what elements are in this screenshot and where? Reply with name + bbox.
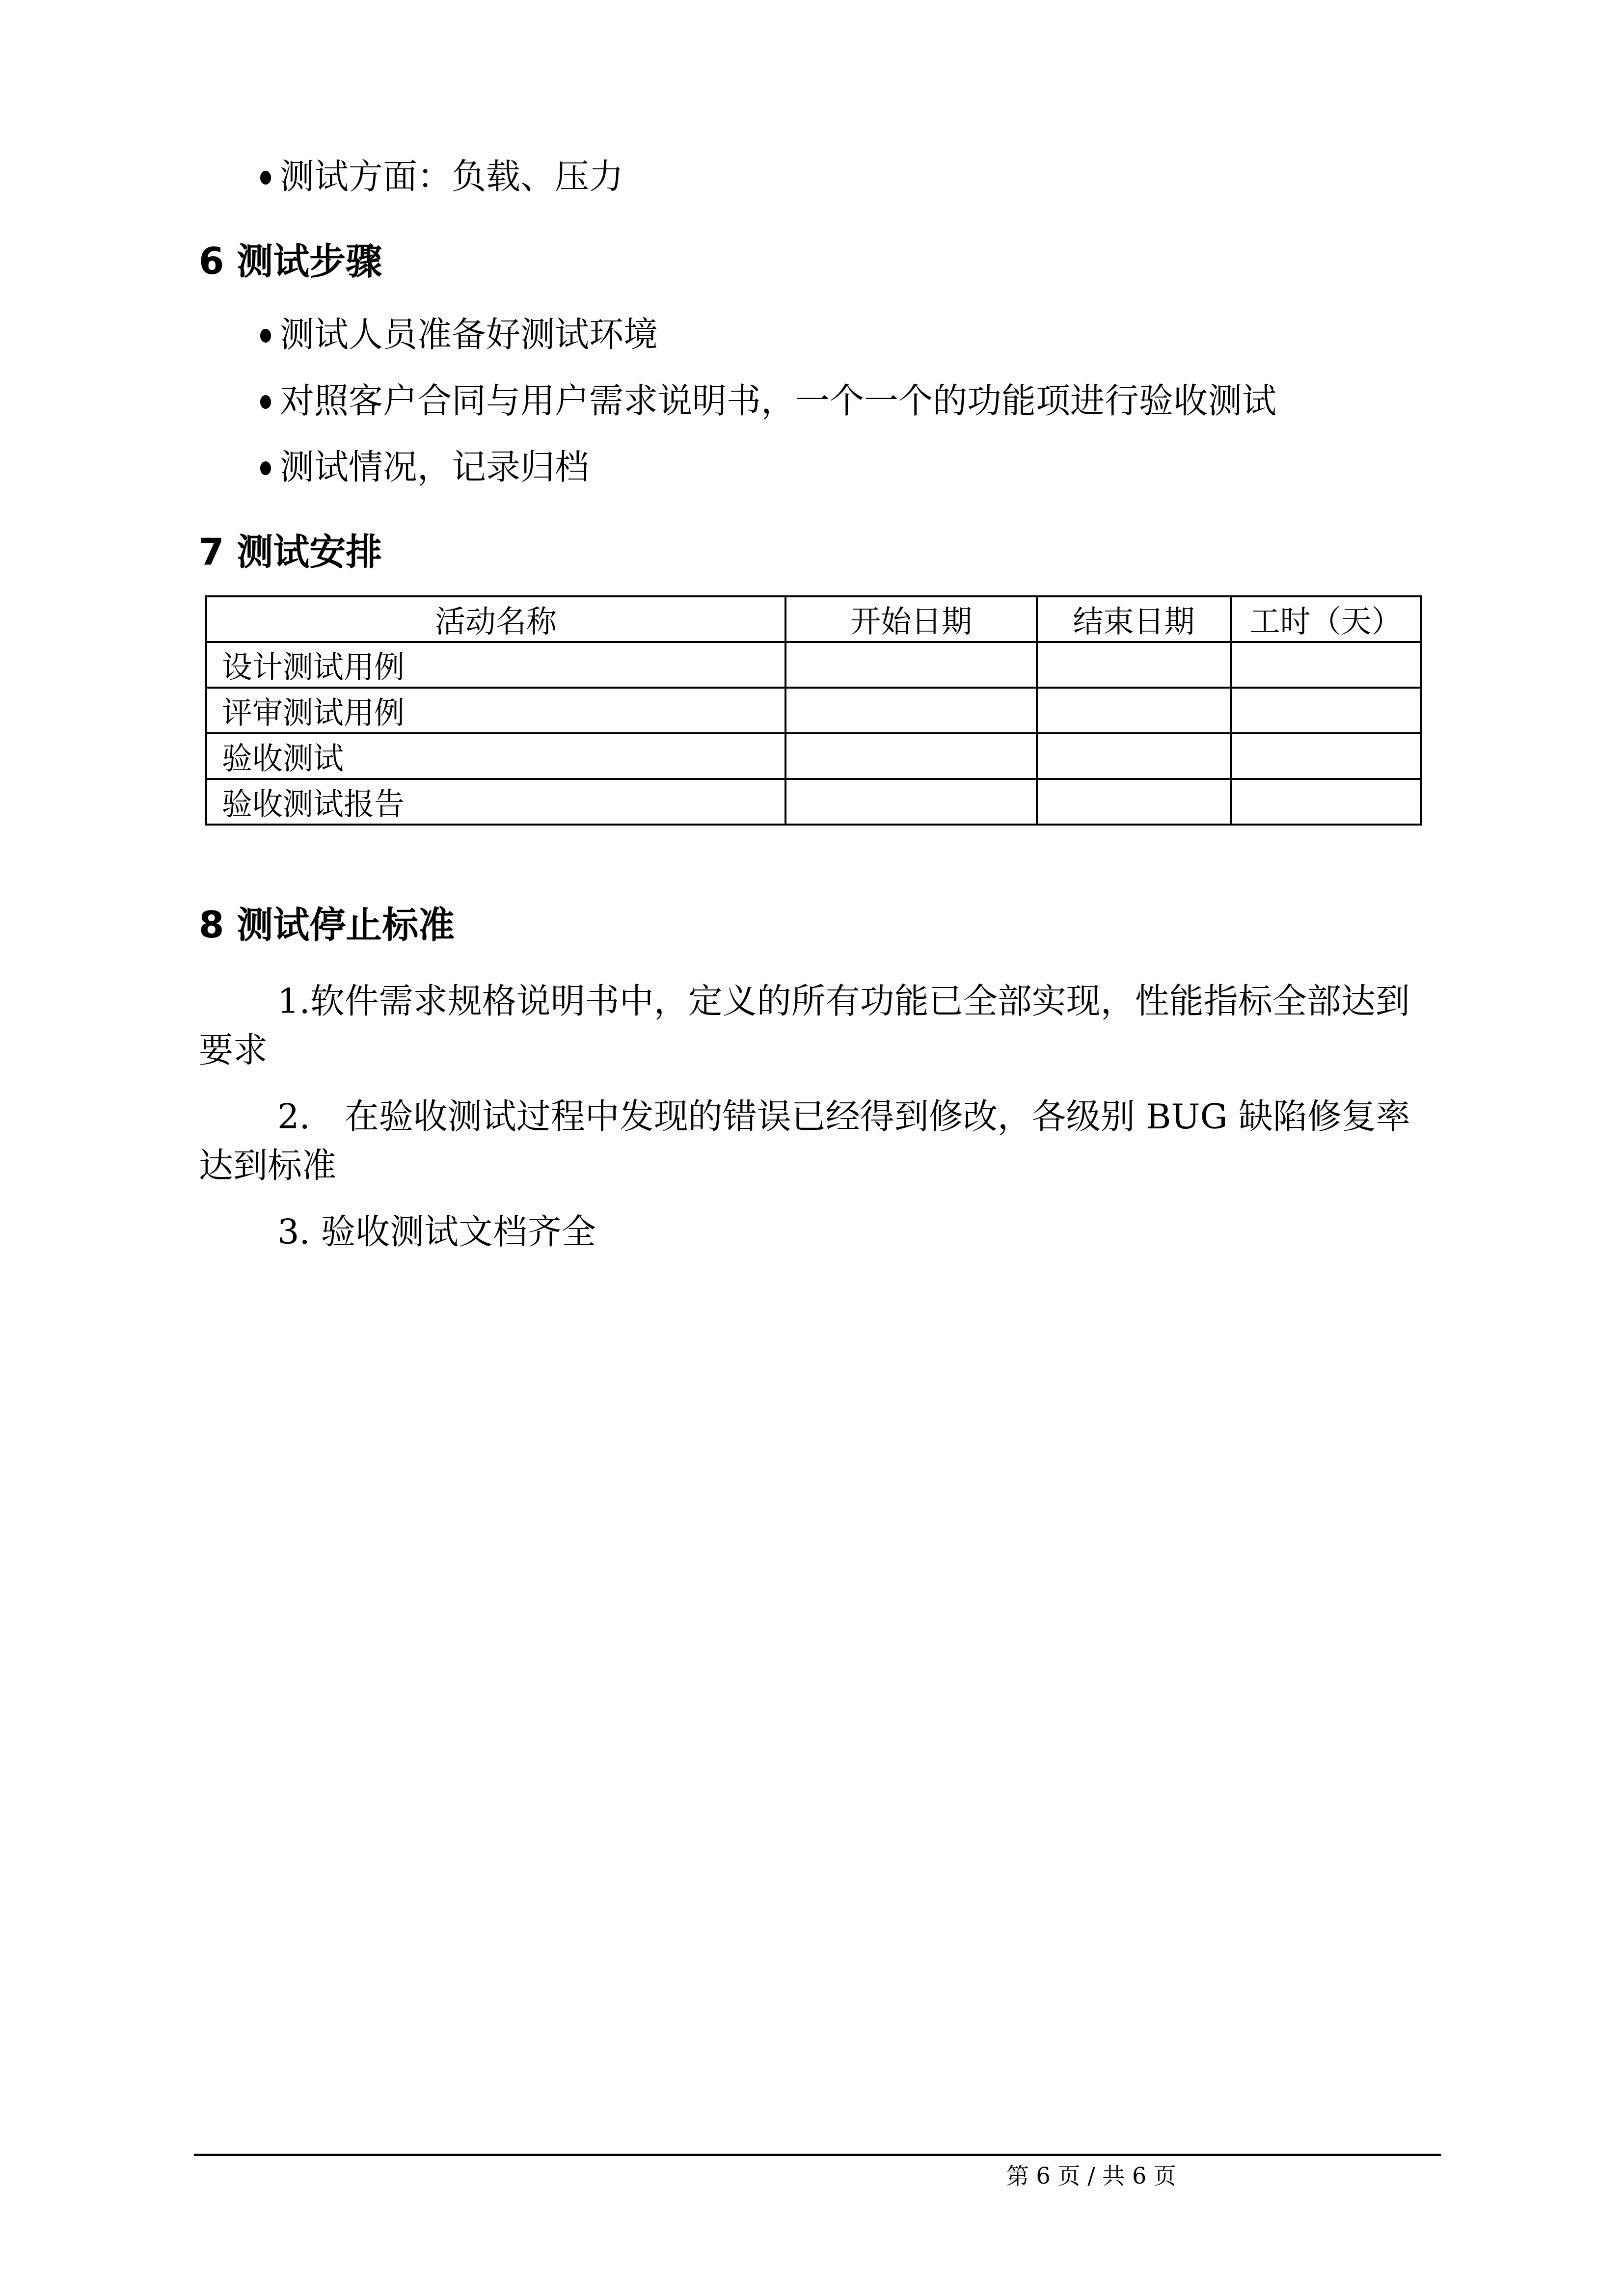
table-row: 验收测试 bbox=[206, 733, 1421, 779]
schedule-table: 活动名称 开始日期 结束日期 工时（天） 设计测试用例 评审测试用例 验收测试 … bbox=[205, 595, 1422, 826]
bullet-item: 对照客户合同与用户需求说明书，一个一个的功能项进行验收测试 bbox=[280, 380, 1276, 422]
bullet-dot-icon bbox=[260, 395, 271, 409]
table-row: 评审测试用例 bbox=[206, 688, 1421, 733]
cell-activity: 验收测试 bbox=[206, 733, 785, 779]
cell-activity: 设计测试用例 bbox=[206, 642, 785, 688]
criteria-paragraph-2: 2. 在验收测试过程中发现的错误已经得到修改，各级别 BUG 缺陷修复率达到标准 bbox=[199, 1092, 1436, 1190]
cell-start-date bbox=[785, 688, 1037, 733]
bullet-dot-icon bbox=[260, 461, 271, 475]
table-row: 设计测试用例 bbox=[206, 642, 1421, 688]
cell-end-date bbox=[1037, 733, 1231, 779]
table-header-row: 活动名称 开始日期 结束日期 工时（天） bbox=[206, 596, 1421, 642]
bullet-text: 对照客户合同与用户需求说明书，一个一个的功能项进行验收测试 bbox=[280, 381, 1276, 421]
bullet-text: 测试情况，记录归档 bbox=[280, 447, 589, 487]
cell-activity: 评审测试用例 bbox=[206, 688, 785, 733]
cell-activity: 验收测试报告 bbox=[206, 779, 785, 825]
column-header-end-date: 结束日期 bbox=[1037, 596, 1231, 642]
cell-start-date bbox=[785, 779, 1037, 825]
table-row: 验收测试报告 bbox=[206, 779, 1421, 825]
page-number: 第 6 页 / 共 6 页 bbox=[1006, 2162, 1176, 2189]
cell-end-date bbox=[1037, 688, 1231, 733]
bullet-item: 测试情况，记录归档 bbox=[280, 447, 589, 488]
cell-work-days bbox=[1231, 688, 1421, 733]
column-header-work-days: 工时（天） bbox=[1231, 596, 1421, 642]
bullet-item-test-aspects: 测试方面：负载、压力 bbox=[280, 156, 623, 197]
section-heading-test-schedule: 7 测试安排 bbox=[199, 530, 382, 574]
cell-start-date bbox=[785, 733, 1037, 779]
criteria-paragraph-3: 3. 验收测试文档齐全 bbox=[199, 1207, 1436, 1256]
bullet-text: 测试人员准备好测试环境 bbox=[280, 315, 658, 355]
column-header-start-date: 开始日期 bbox=[785, 596, 1037, 642]
cell-work-days bbox=[1231, 779, 1421, 825]
bullet-item: 测试人员准备好测试环境 bbox=[280, 314, 658, 355]
bullet-dot-icon bbox=[260, 171, 271, 185]
cell-end-date bbox=[1037, 779, 1231, 825]
cell-end-date bbox=[1037, 642, 1231, 688]
criteria-paragraph-1: 1.软件需求规格说明书中，定义的所有功能已全部实现，性能指标全部达到要求 bbox=[199, 977, 1436, 1075]
footer-divider bbox=[194, 2154, 1441, 2156]
cell-work-days bbox=[1231, 733, 1421, 779]
bullet-text: 测试方面：负载、压力 bbox=[280, 157, 623, 197]
cell-work-days bbox=[1231, 642, 1421, 688]
bullet-dot-icon bbox=[260, 329, 271, 343]
column-header-activity: 活动名称 bbox=[206, 596, 785, 642]
section-heading-test-steps: 6 测试步骤 bbox=[199, 240, 382, 284]
cell-start-date bbox=[785, 642, 1037, 688]
section-heading-stop-criteria: 8 测试停止标准 bbox=[199, 903, 455, 947]
